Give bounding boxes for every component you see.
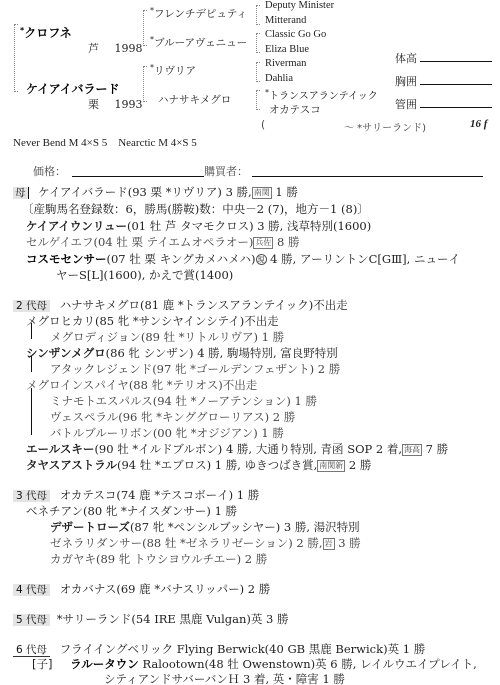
gen3-item: ゼネラリダンサー(88 牡 *ゼネラリゼーション) 2 勝,岩 3 勝 (50, 535, 361, 551)
sire-info: 芦 1998 (88, 40, 143, 56)
gen3-brace-2 (256, 33, 260, 53)
gen3-brace-4 (256, 90, 260, 110)
gen2-item: ミナモトエスパルス(94 牡 *ノーアテンション) 1 勝 (50, 393, 317, 409)
region-badge: 海高 (402, 444, 422, 456)
gen3-ancestor: *トランスアランテイック (265, 87, 378, 102)
descent-line (31, 388, 32, 435)
dam-dam: ハナサキメグロ (158, 92, 231, 107)
dam-sire: *リヴリア (150, 63, 196, 78)
gen2-item: メグロヒカリ(85 牝 *サンシヤインシテイ)不出走 (26, 313, 279, 329)
chest-label: 胸囲 (395, 73, 417, 89)
gen4-label: 4 代母 (13, 584, 50, 596)
dam-summary: 〔産駒馬名登録数：6，勝馬(勝鞍)数：中央－2 (7)，地方－1 (8)〕 (22, 201, 369, 217)
gen2-item: メグロインスパイヤ(88 牝 *テリオス)不出走 (26, 377, 257, 393)
region-badge: 南関新 (317, 460, 345, 472)
gen2-item: シンザンメグロ(86 牝 シンザン) 4 勝, 駒場特別, 富良野特別 (26, 345, 338, 361)
gen6-child-row: [子] ラルータウン Ralootown(48 牡 Owenstown)英 6 … (32, 656, 477, 672)
offspring-row-cont: ヤーS[L](1600), かえで賞(1400) (56, 267, 233, 283)
sire-name: *クロフネ (20, 24, 72, 41)
child-label: [子] (32, 657, 52, 671)
family-line-root: ～ *サリーランド) (344, 119, 426, 134)
sire-dam: *ブルーアヴェニュー (150, 35, 247, 50)
offspring-row: ケイアイウンリュー(01 牡 芦 タマモクロス) 3 勝, 浅草特別(1600) (26, 218, 371, 234)
gen3-brace-3 (256, 62, 260, 82)
gen3-item: デザートローズ(87 牝 *ペンシルブッシヤー) 3 勝, 湯沢特別 (50, 519, 360, 535)
pedigree-brace-main (14, 24, 18, 92)
region-badge: 岩 (323, 538, 335, 550)
sire-brace (143, 10, 147, 46)
gen3-ancestor: Mitterand (265, 15, 306, 26)
family-line-open: ( (261, 119, 265, 131)
gen2-item: タヤスアストラル(94 牡 *エブロス) 1 勝, ゆきつばき賞,南関新 2 勝 (26, 457, 371, 473)
cannon-field[interactable] (420, 107, 492, 108)
region-badge: 兵佐 (253, 237, 273, 249)
gen3-brace-1 (256, 5, 260, 25)
chest-field[interactable] (420, 84, 492, 85)
dam-name: ケイアイバラード (26, 80, 119, 97)
family-number: 16 f (470, 118, 487, 130)
active-badge: 現 (256, 254, 267, 265)
gen3-label: 3 代母 (13, 490, 50, 502)
gen4-row: 4 代母 オカバナス(69 鹿 *バナスリッパー) 2 勝 (13, 581, 270, 597)
gen3-ancestor: Dahlia (265, 73, 293, 84)
dam-row: 母 ケイアイバラード(93 栗 *リヴリア) 3 勝,南関 1 勝 (13, 184, 298, 200)
dam-label: 母 (13, 187, 29, 199)
gen2-item: アタックレジェンド(97 牝 *ゴールデンフェザント) 2 勝 (50, 361, 340, 377)
region-badge: 南関 (252, 187, 272, 199)
height-label: 体高 (395, 50, 417, 66)
buyer-field[interactable] (252, 176, 483, 177)
sire-sire: *フレンチデピュティ (150, 6, 247, 21)
dam-brace (143, 66, 147, 102)
gen6-child-cont: シティアンドサバーバンＨ 3 着, 英・障害 1 勝 (104, 671, 345, 685)
gen3-ancestor: Riverman (265, 58, 306, 69)
dam-info: 栗 1993 (88, 96, 143, 112)
buyer-label: 購買者： (204, 163, 248, 179)
gen5-row: 5 代母 *サリーランド(54 IRE 黒鹿 Vulgan)英 3 勝 (13, 611, 289, 627)
gen2-item: エールスキー(90 牡 *イルドブルボン) 4 勝, 大通り特別, 青函 SOP… (26, 441, 448, 457)
cannon-label: 管囲 (395, 96, 417, 112)
price-label: 価格： (33, 163, 66, 179)
gen3-ancestor: Eliza Blue (265, 44, 309, 55)
offspring-row: セルゲイエフ(04 牡 栗 テイエムオペラオー)兵佐 8 勝 (26, 234, 299, 250)
gen2-label: 2 代母 (13, 300, 50, 312)
gen3-ancestor: オカテスコ (269, 102, 321, 117)
gen3-ancestor: Deputy Minister (265, 0, 334, 11)
gen6-row: 6 代母 フライイングベリック Flying Berwick(40 GB 黒鹿 … (13, 641, 425, 657)
gen3-item: ベネチアン(80 牝 *ナイスダンサー) 1 勝 (26, 503, 237, 519)
gen2-item: バトルブルーリボン(00 牝 *オジジアン) 1 勝 (50, 425, 284, 441)
gen2-item: ヴェスペラル(96 牝 *キンググローリアス) 2 勝 (50, 409, 295, 425)
gen3-ancestor: Classic Go Go (265, 29, 326, 40)
gen3-row: 3 代母 オカテスコ(74 鹿 *テスコボーイ) 1 勝 (13, 487, 259, 503)
gen3-item: カガヤキ(89 牝 トウシヨウルチエー) 2 勝 (50, 551, 267, 567)
gen2-row: 2 代母 ハナサキメグロ(81 鹿 *トランスアランテイック)不出走 (13, 297, 348, 313)
offspring-row: コスモセンサー(07 牡 栗 キングカメハメハ)現 4 勝, アーリントンC[G… (26, 251, 460, 267)
inbreeding: Never Bend M 4×S 5 Nearctic M 4×S 5 (13, 134, 197, 150)
gen2-item: メグロディジョン(89 牡 *リトルリヴア) 1 勝 (50, 329, 284, 345)
price-field[interactable] (72, 176, 204, 177)
gen5-label: 5 代母 (13, 614, 50, 626)
height-field[interactable] (420, 61, 492, 62)
